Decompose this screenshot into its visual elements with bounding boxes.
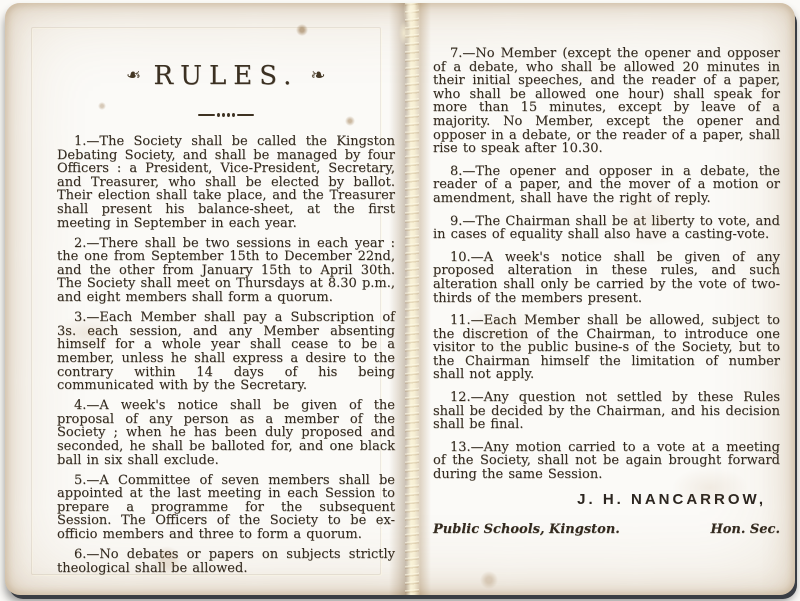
rule-4: 4.—A week's notice shall be given of the…: [57, 399, 395, 467]
footer-location: Public Schools, Kingston.: [433, 522, 620, 537]
rule-10: 10.—A week's notice shall be given of an…: [433, 251, 780, 305]
rule-11: 11.—Each Member shall be allowed, subjec…: [433, 314, 780, 382]
footer-row: Public Schools, Kingston. Hon. Sec.: [433, 522, 780, 537]
left-page: ❧ RULES. ❧ 1.—The Society shall be calle…: [57, 43, 395, 582]
rule-3: 3.—Each Member shall pay a Subscription …: [57, 311, 395, 393]
rule-12: 12.—Any question not settled by these Ru…: [433, 391, 780, 432]
fleuron-right-icon: ❧: [310, 67, 325, 85]
rule-7: 7.—No Member (except the opener and oppo…: [433, 47, 780, 156]
scanned-document: ❧ RULES. ❧ 1.—The Society shall be calle…: [0, 0, 800, 601]
title-row: ❧ RULES. ❧: [57, 61, 395, 91]
rule-5: 5.—A Committee of seven members shall be…: [57, 474, 395, 542]
rule-9: 9.—The Chairman shall be at liberty to v…: [433, 215, 780, 242]
right-page: 7.—No Member (except the opener and oppo…: [433, 47, 780, 537]
rule-1: 1.—The Society shall be called the Kings…: [57, 135, 395, 230]
rule-13: 13.—Any motion carried to a vote at a me…: [433, 441, 780, 482]
booklet-pages: ❧ RULES. ❧ 1.—The Society shall be calle…: [5, 3, 795, 595]
rule-8: 8.—The opener and opposer in a debate, t…: [433, 165, 780, 206]
page-title: RULES.: [154, 61, 299, 91]
rule-2: 2.—There shall be two sessions in each y…: [57, 237, 395, 305]
fleuron-left-icon: ❧: [126, 67, 141, 85]
center-fold: [389, 3, 431, 595]
title-divider-icon: [57, 113, 395, 117]
footer-role: Hon. Sec.: [710, 522, 780, 537]
secretary-signature: J. H. NANCARROW,: [433, 491, 780, 508]
rule-6: 6.—No debates or papers on subjects stri…: [57, 548, 395, 575]
